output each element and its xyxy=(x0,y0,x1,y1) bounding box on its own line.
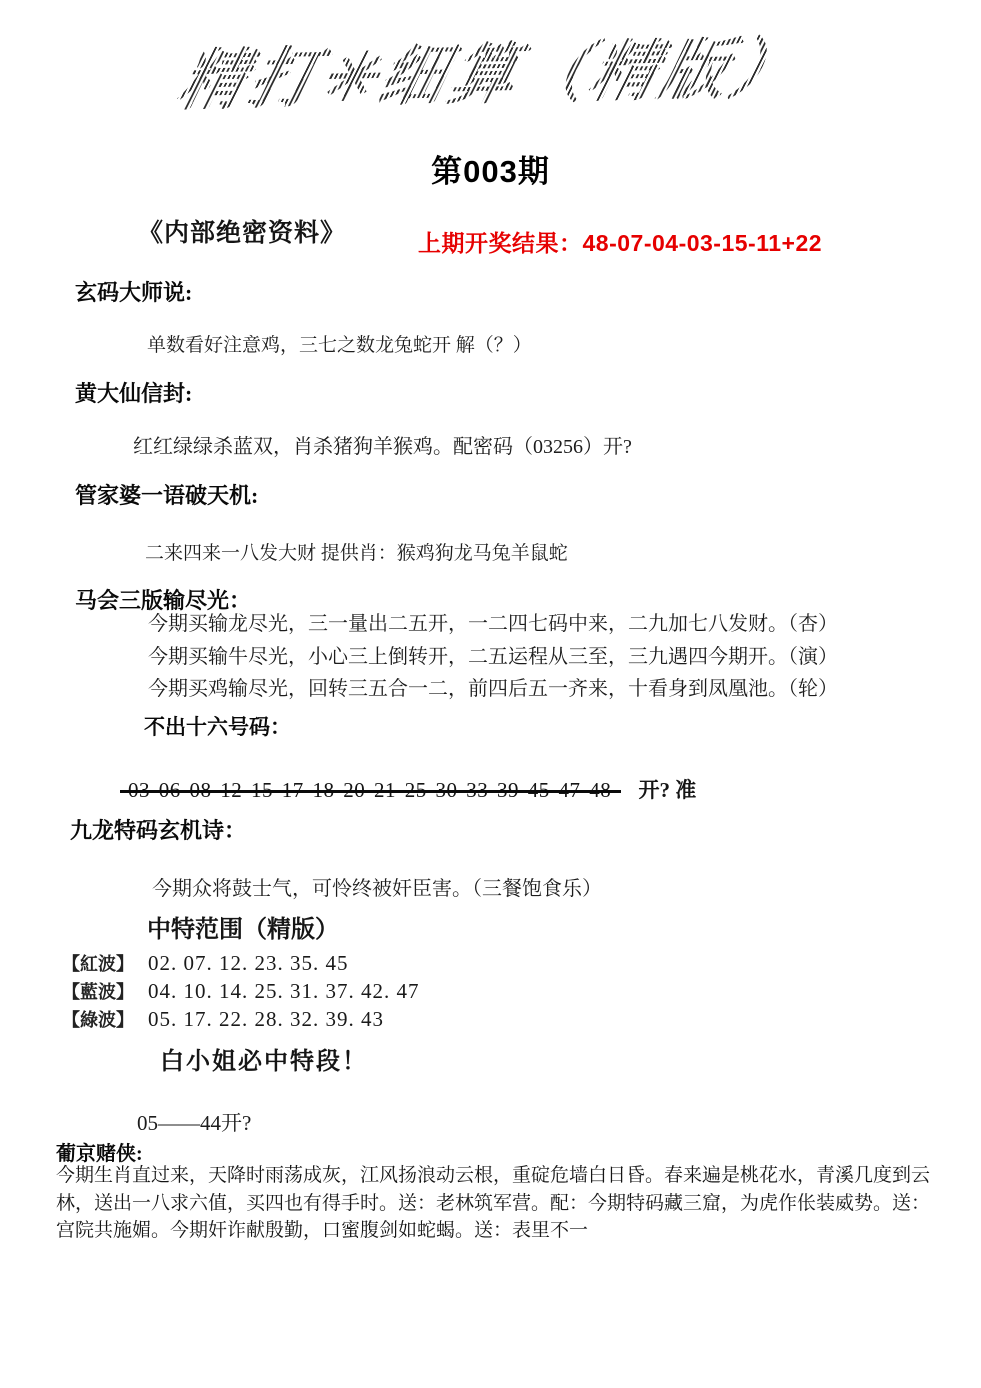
mahui-verse-line: 今期买输牛尽光，小心三上倒转开，二五运程从三至，三九遇四今期开。（演） xyxy=(148,641,838,674)
pujing-gambler-text: 今期生肖直过来，天降时雨荡成灰，江风扬浪动云根，重碇危墙白日昏。春来遍是桃花水，… xyxy=(56,1162,930,1245)
section-heading-jiulong-poem: 九龙特码玄机诗： xyxy=(70,814,246,845)
section-heading-excluded-numbers: 不出十六号码： xyxy=(144,711,291,741)
excluded-numbers-line: 03 06 08 12 15 17 18 20 21 25 30 33 39 4… xyxy=(128,774,696,804)
section-heading-huangdaxian-envelope: 黄大仙信封: xyxy=(75,377,192,408)
excluded-numbers-strikethrough: 03 06 08 12 15 17 18 20 21 25 30 33 39 4… xyxy=(128,778,611,803)
section-heading-xuanma-master: 玄码大师说: xyxy=(75,276,192,307)
lottery-tip-sheet: 精打✳细算（精版） 第003期 《内部绝密资料》 上期开奖结果：48-07-04… xyxy=(0,0,981,1388)
mahui-verse-list: 今期买输龙尽光，三一量出二五开，一二四七码中来，二九加七八发财。（杏） 今期买输… xyxy=(148,608,838,706)
excluded-numbers-suffix: 开? 准 xyxy=(639,778,697,802)
wave-number-list: 【紅波】 02. 07. 12. 23. 35. 45 【藍波】 04. 10.… xyxy=(62,950,420,1034)
mahui-verse-line: 今期买输龙尽光，三一量出二五开，一二四七码中来，二九加七八发财。（杏） xyxy=(148,608,838,641)
baixiaojie-range-text: 05——44开? xyxy=(137,1107,251,1137)
last-draw-result-value: 48-07-04-03-15-11+22 xyxy=(583,230,823,256)
green-wave-numbers: 05. 17. 22. 28. 32. 39. 43 xyxy=(148,1007,384,1032)
xuanma-master-text: 单数看好注意鸡，三七之数龙兔蛇开 解（？） xyxy=(147,330,532,357)
green-wave-label: 【綠波】 xyxy=(62,1006,148,1032)
secret-material-label: 《内部绝密资料》 xyxy=(138,213,346,249)
mahui-verse-line: 今期买鸡输尽光，回转三五合一二，前四后五一齐来，十看身到凤凰池。（轮） xyxy=(148,673,838,706)
baixiaojie-heading: 白小姐必中特段！ xyxy=(160,1041,368,1076)
last-draw-result: 上期开奖结果：48-07-04-03-15-11+22 xyxy=(418,225,822,258)
section-heading-guanjiapo: 管家婆一语破天机: xyxy=(75,479,258,510)
red-wave-label: 【紅波】 xyxy=(62,950,148,976)
blue-wave-numbers: 04. 10. 14. 25. 31. 37. 42. 47 xyxy=(148,979,420,1004)
guanjiapo-text: 二来四来一八发大财 提供肖：猴鸡狗龙马兔羊鼠蛇 xyxy=(145,538,568,565)
wave-row-green: 【綠波】 05. 17. 22. 28. 32. 39. 43 xyxy=(62,1006,420,1029)
wave-row-blue: 【藍波】 04. 10. 14. 25. 31. 37. 42. 47 xyxy=(62,978,420,1001)
wave-row-red: 【紅波】 02. 07. 12. 23. 35. 45 xyxy=(62,950,420,973)
last-draw-result-label: 上期开奖结果： xyxy=(418,230,583,256)
jiulong-poem-text: 今期众将鼓士气，可怜终被奸臣害。（三餐饱食乐） xyxy=(152,872,602,901)
blue-wave-label: 【藍波】 xyxy=(62,978,148,1004)
red-wave-numbers: 02. 07. 12. 23. 35. 45 xyxy=(148,951,349,976)
huangdaxian-envelope-text: 红红绿绿杀蓝双，肖杀猪狗羊猴鸡。配密码（03256）开? xyxy=(133,430,632,459)
issue-number: 第003期 xyxy=(0,146,981,191)
section-heading-zhongte-range: 中特范围（精版） xyxy=(147,909,339,944)
masthead-logo: 精打✳细算（精版） xyxy=(0,10,981,143)
